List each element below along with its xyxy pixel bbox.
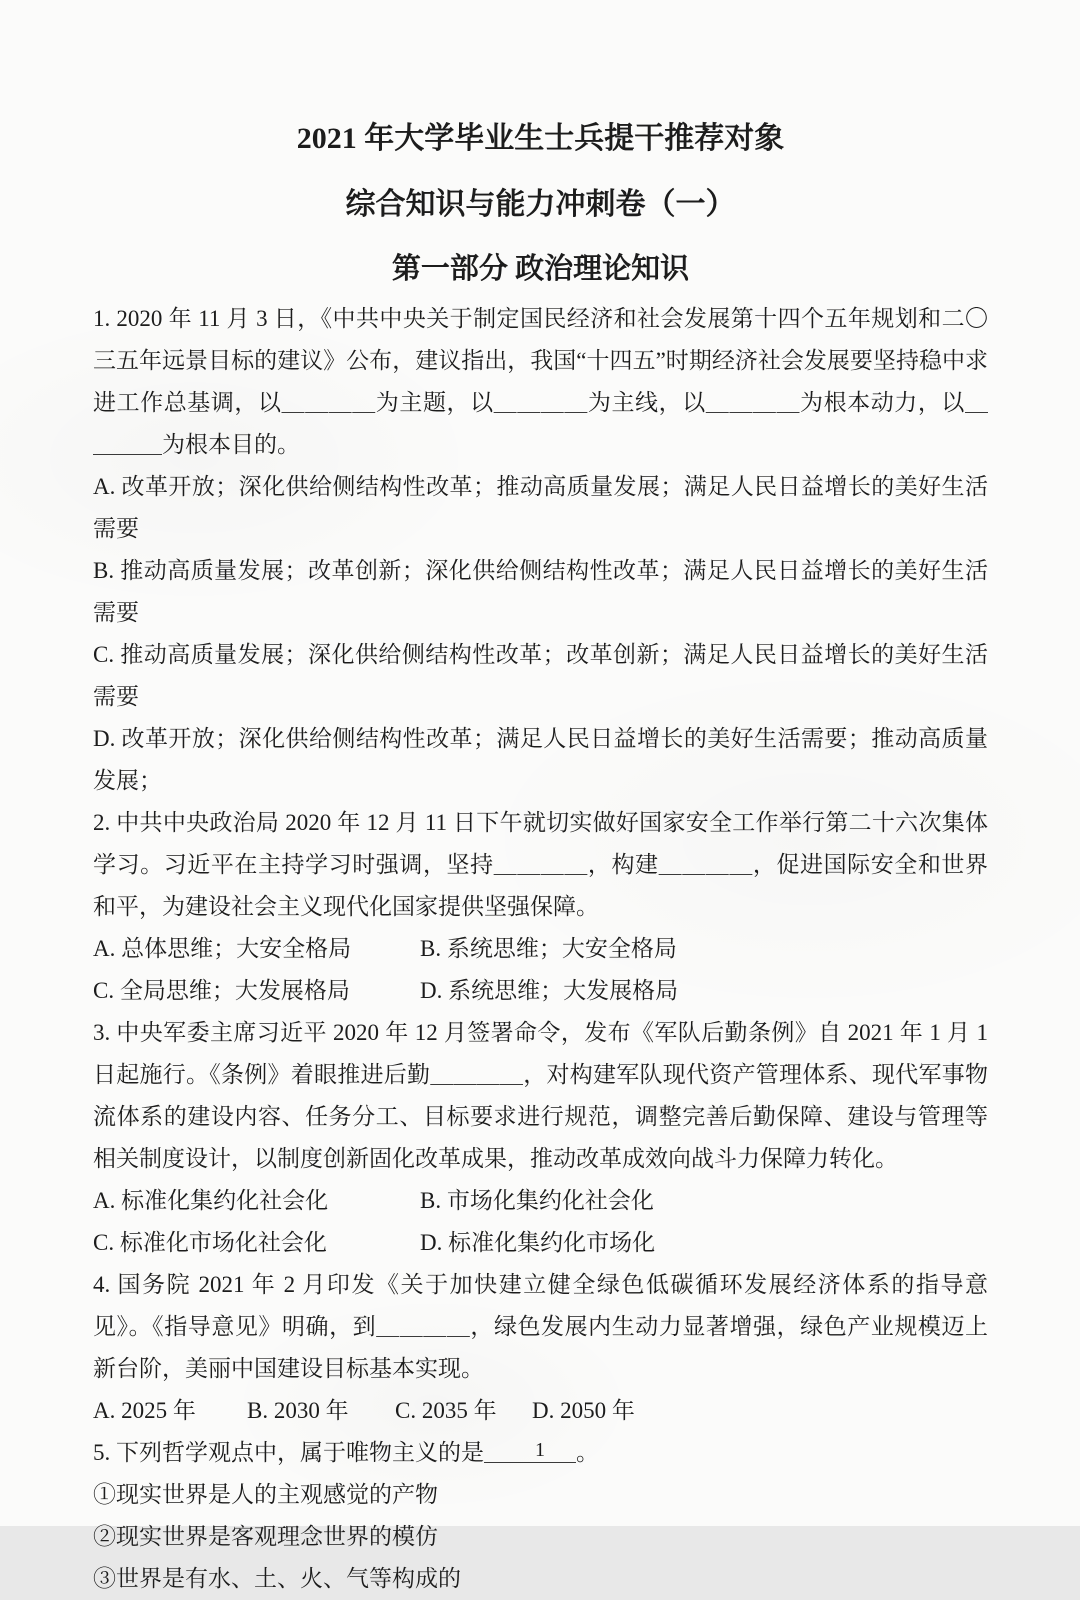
question-1-option-b: B. 推动高质量发展；改革创新；深化供给侧结构性改革；满足人民日益增长的美好生活…	[93, 550, 988, 634]
exam-paper-page: 2021 年大学毕业生士兵提干推荐对象 综合知识与能力冲刺卷（一） 第一部分 政…	[0, 0, 1080, 1526]
question-1-option-c: C. 推动高质量发展；深化供给侧结构性改革；改革创新；满足人民日益增长的美好生活…	[93, 634, 988, 718]
question-list: 1. 2020 年 11 月 3 日，《中共中央关于制定国民经济和社会发展第十四…	[93, 298, 988, 1600]
question-2-stem: 2. 中共中央政治局 2020 年 12 月 11 日下午就切实做好国家安全工作…	[93, 802, 988, 928]
question-5-item-2: ②现实世界是客观理念世界的模仿	[93, 1516, 988, 1558]
question-1-stem: 1. 2020 年 11 月 3 日，《中共中央关于制定国民经济和社会发展第十四…	[93, 298, 988, 466]
question-3-stem: 3. 中央军委主席习近平 2020 年 12 月签署命令，发布《军队后勤条例》自…	[93, 1012, 988, 1180]
question-4-option-c: C. 2035 年	[395, 1390, 532, 1432]
question-2-option-a: A. 总体思维；大安全格局	[93, 928, 420, 970]
question-4-stem: 4. 国务院 2021 年 2 月印发《关于加快建立健全绿色低碳循环发展经济体系…	[93, 1264, 988, 1390]
question-3-option-a: A. 标准化集约化社会化	[93, 1180, 420, 1222]
question-2-option-c: C. 全局思维；大发展格局	[93, 970, 420, 1012]
question-3: 3. 中央军委主席习近平 2020 年 12 月签署命令，发布《军队后勤条例》自…	[93, 1012, 988, 1264]
question-5-item-3: ③世界是有水、土、火、气等构成的	[93, 1558, 988, 1600]
section-heading: 第一部分 政治理论知识	[93, 252, 988, 286]
question-4-option-d: D. 2050 年	[532, 1390, 988, 1432]
page-number: 1	[0, 1438, 1080, 1462]
exam-title-line2: 综合知识与能力冲刺卷（一）	[93, 188, 988, 222]
question-2: 2. 中共中央政治局 2020 年 12 月 11 日下午就切实做好国家安全工作…	[93, 802, 988, 1012]
question-1-option-d: D. 改革开放；深化供给侧结构性改革；满足人民日益增长的美好生活需要；推动高质量…	[93, 718, 988, 802]
question-4: 4. 国务院 2021 年 2 月印发《关于加快建立健全绿色低碳循环发展经济体系…	[93, 1264, 988, 1432]
question-4-options: A. 2025 年 B. 2030 年 C. 2035 年 D. 2050 年	[93, 1390, 988, 1432]
question-3-options: A. 标准化集约化社会化 B. 市场化集约化社会化 C. 标准化市场化社会化 D…	[93, 1180, 988, 1264]
question-3-option-d: D. 标准化集约化市场化	[420, 1222, 988, 1264]
question-1-option-a: A. 改革开放；深化供给侧结构性改革；推动高质量发展；满足人民日益增长的美好生活…	[93, 466, 988, 550]
question-2-options: A. 总体思维；大安全格局 B. 系统思维；大安全格局 C. 全局思维；大发展格…	[93, 928, 988, 1012]
question-4-option-b: B. 2030 年	[247, 1390, 395, 1432]
question-1: 1. 2020 年 11 月 3 日，《中共中央关于制定国民经济和社会发展第十四…	[93, 298, 988, 802]
exam-title-line1: 2021 年大学毕业生士兵提干推荐对象	[93, 122, 988, 156]
question-4-option-a: A. 2025 年	[93, 1390, 247, 1432]
question-2-option-b: B. 系统思维；大安全格局	[420, 928, 988, 970]
question-2-option-d: D. 系统思维；大发展格局	[420, 970, 988, 1012]
question-3-option-b: B. 市场化集约化社会化	[420, 1180, 988, 1222]
question-5-item-1: ①现实世界是人的主观感觉的产物	[93, 1474, 988, 1516]
question-3-option-c: C. 标准化市场化社会化	[93, 1222, 420, 1264]
